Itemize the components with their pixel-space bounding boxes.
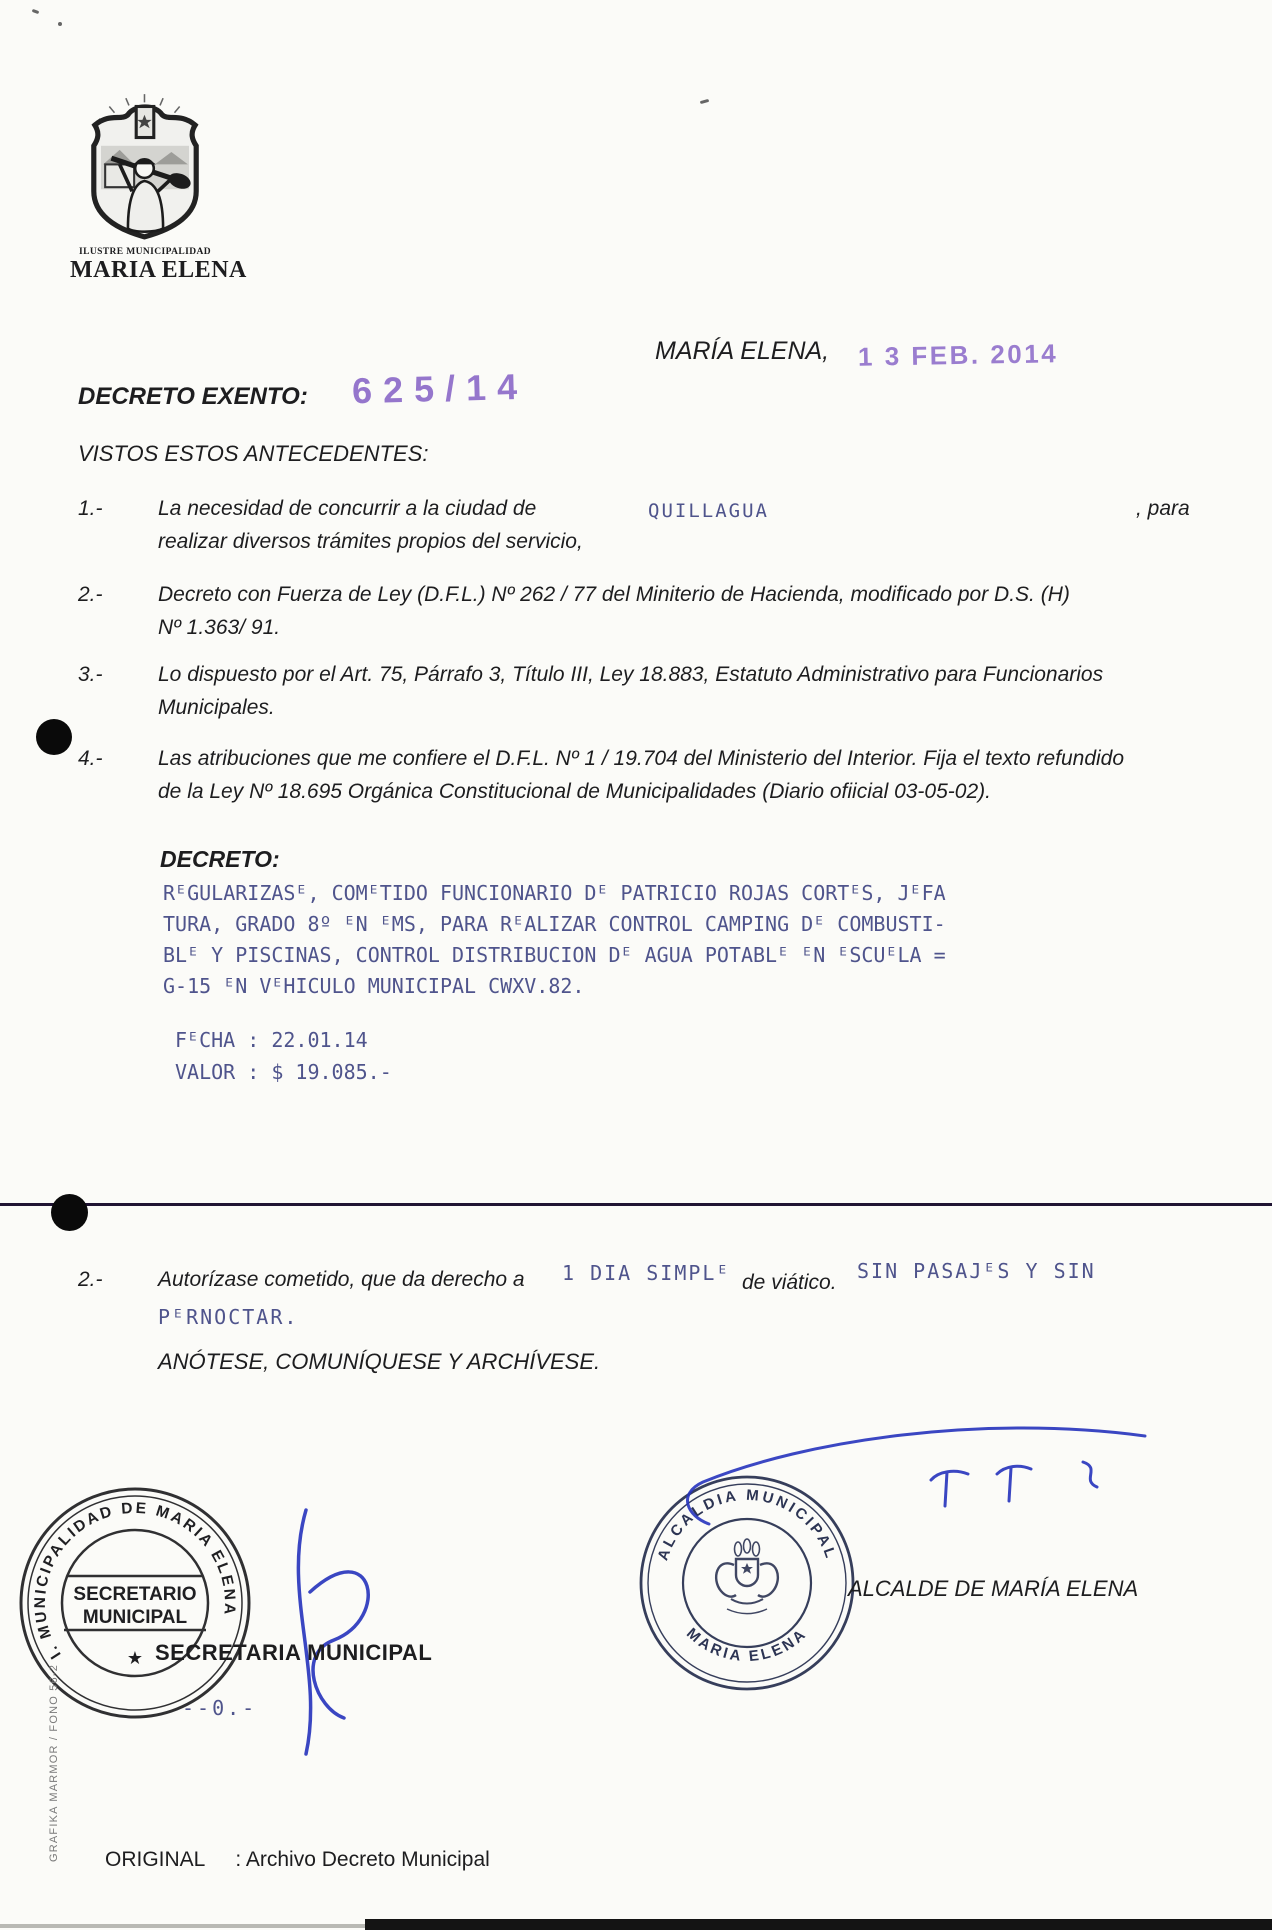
secretary-stamp-band1: SECRETARIO — [73, 1584, 196, 1605]
typed-city: QUILLAGUA — [648, 496, 769, 526]
vistos-heading: VISTOS ESTOS ANTECEDENTES: — [78, 437, 428, 470]
typed-days: 1 DIA SIMPLᴱ — [562, 1258, 731, 1288]
original-value: : Archivo Decreto Municipal — [235, 1848, 489, 1871]
closing-formula: ANÓTESE, COMUNÍQUESE Y ARCHÍVESE. — [158, 1345, 600, 1378]
document-page: ILUSTRE MUNICIPALIDAD MARIA ELENA MARÍA … — [0, 0, 1272, 1930]
distribution-line: ORIGINAL: Archivo Decreto Municipal — [105, 1848, 490, 1872]
item-number: 2.- — [78, 578, 103, 611]
hole-punch-mark — [51, 1194, 88, 1231]
typed-pernoctar: PᴱRNOCTAR. — [158, 1302, 298, 1332]
item-number: 3.- — [78, 658, 103, 691]
secretary-title: SECRETARIA MUNICIPAL — [155, 1640, 432, 1666]
mayor-signature — [655, 1408, 1165, 1568]
logo-org-line2: MARIA ELENA — [70, 257, 220, 284]
bottom-scan-edge — [0, 1924, 380, 1928]
decreto-typed-line: RᴱGULARIZASᴱ, COMᴱTIDO FUNCIONARIO Dᴱ PA… — [163, 878, 946, 908]
star-icon: ★ — [127, 1648, 143, 1668]
scan-speck — [58, 22, 62, 26]
item-text: de la Ley Nº 18.695 Orgánica Constitucio… — [158, 775, 991, 808]
item-text: de viático. — [742, 1266, 837, 1299]
item-text: La necesidad de concurrir a la ciudad de — [158, 492, 536, 525]
printer-credit: GRAFIKA MARMOR / FONO 56-2 — [48, 1664, 60, 1862]
municipal-logo: ILUSTRE MUNICIPALIDAD MARIA ELENA — [70, 92, 220, 284]
item-text: Decreto con Fuerza de Ley (D.F.L.) Nº 26… — [158, 578, 1070, 611]
typed-sin-pasajes: SIN PASAJᴱS Y SIN — [857, 1256, 1096, 1286]
item-text: Nº 1.363/ 91. — [158, 611, 280, 644]
item-text: , para — [1136, 492, 1190, 525]
divider-line — [0, 1203, 1272, 1206]
date-received-stamp: 1 3 FEB. 2014 — [858, 338, 1059, 372]
decree-number-stamp: 625/14 — [351, 366, 528, 413]
svg-text:MARIA ELENA: MARIA ELENA — [683, 1625, 811, 1665]
item-text: realizar diversos trámites propios del s… — [158, 525, 583, 558]
secretary-stamp-band2: MUNICIPAL — [83, 1607, 188, 1628]
item-number: 2.- — [78, 1263, 103, 1296]
mayor-title: ALCALDE DE MARÍA ELENA — [848, 1572, 1138, 1605]
valor-line: VALOR : $ 19.085.- — [175, 1057, 392, 1087]
place-dateline: MARÍA ELENA, — [655, 335, 829, 368]
decree-exento-label: DECRETO EXENTO: — [78, 383, 308, 411]
item-text: Lo dispuesto por el Art. 75, Párrafo 3, … — [158, 658, 1103, 691]
original-label: ORIGINAL — [105, 1848, 205, 1871]
item-text: Las atribuciones que me confiere el D.F.… — [158, 742, 1124, 775]
scan-speck — [32, 9, 40, 14]
mayor-stamp-arc-bottom: MARIA ELENA — [683, 1625, 811, 1665]
decreto-typed-line: BLᴱ Y PISCINAS, CONTROL DISTRIBUCION Dᴱ … — [163, 940, 946, 970]
item-number: 1.- — [78, 492, 103, 525]
logo-org-line1: ILUSTRE MUNICIPALIDAD — [70, 247, 220, 257]
secretary-signature — [248, 1492, 423, 1772]
decreto-typed-line: TURA, GRADO 8º ᴱN ᴱMS, PARA RᴱALIZAR CON… — [163, 909, 946, 939]
decreto-heading: DECRETO: — [160, 846, 280, 873]
bottom-scan-edge — [365, 1919, 1272, 1930]
item-text: Autorízase cometido, que da derecho a — [158, 1263, 525, 1296]
hole-punch-mark — [36, 719, 72, 755]
scan-speck — [700, 99, 709, 104]
item-text: Municipales. — [158, 691, 275, 724]
municipal-shield-logo — [80, 92, 210, 242]
typed-fragment: --0.- — [182, 1693, 257, 1723]
item-number: 4.- — [78, 742, 103, 775]
fecha-line: FᴱCHA : 22.01.14 — [175, 1025, 368, 1055]
decreto-typed-line: G-15 ᴱN VᴱHICULO MUNICIPAL CWXV.82. — [163, 971, 584, 1001]
